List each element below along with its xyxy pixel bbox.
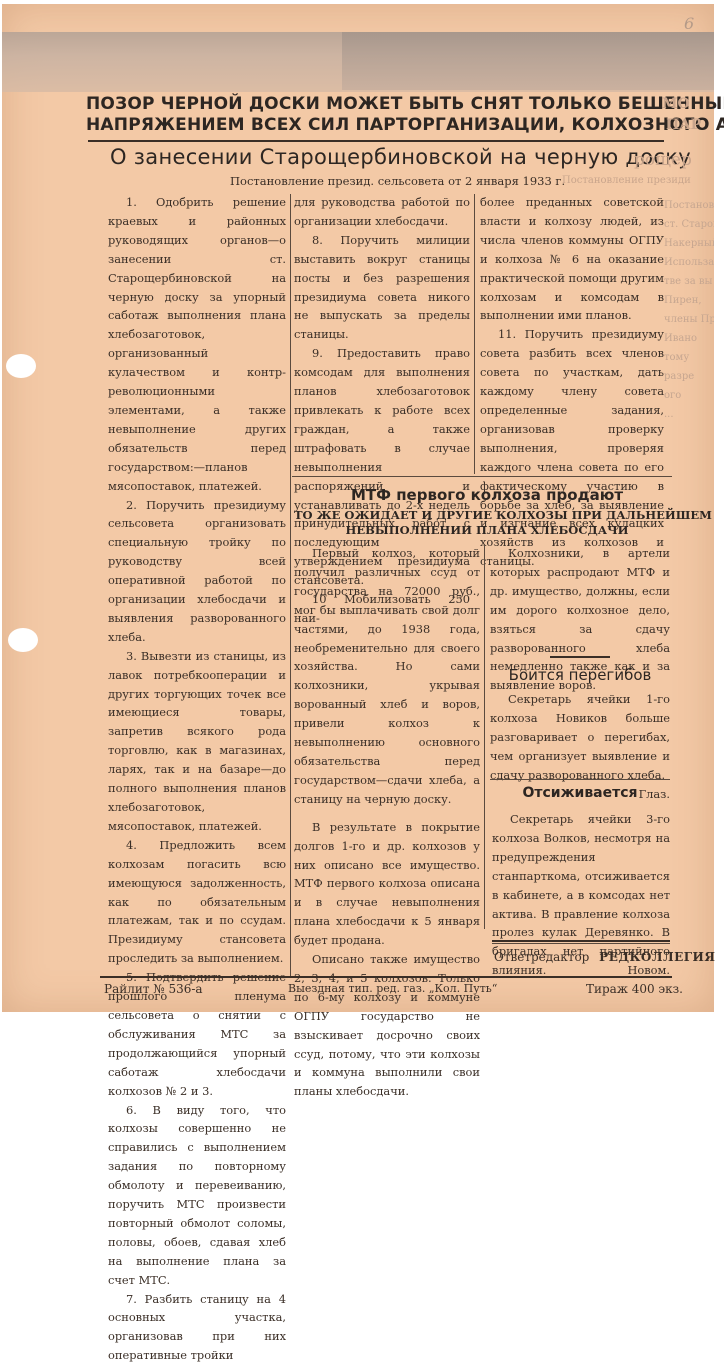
adjacent-page-bleed: Постановленст. СтарощеНакерныйИспользатв…	[664, 196, 714, 424]
mtf-paragraph: В результате в покрытие долгов 1-го и др…	[294, 818, 480, 950]
resolution-item: 2. Поручить президиуму сельсовета органи…	[108, 496, 286, 647]
footer-rule	[100, 976, 672, 978]
banner-headline: ПОЗОР ЧЕРНОЙ ДОСКИ МОЖЕТ БЫТЬ СНЯТ ТОЛЬК…	[86, 94, 686, 136]
banner-line: ПОЗОР ЧЕРНОЙ ДОСКИ МОЖЕТ БЫТЬ СНЯТ ТОЛЬК…	[86, 94, 686, 115]
otsizh-headline: Отсиживается	[490, 785, 670, 801]
resolution-subtitle: Постановление презид. сельсовета от 2 ян…	[230, 174, 565, 188]
page-mark: 6	[684, 14, 694, 33]
editor-rule	[492, 940, 670, 942]
section-rule	[292, 476, 672, 477]
punch-hole	[8, 628, 38, 652]
column-divider	[290, 194, 291, 976]
peregiby-headline: Боится перегибов	[490, 666, 670, 684]
mtf-subhead: ТО ЖЕ ОЖИДАЕТ И ДРУГИЕ КОЛХОЗЫ ПРИ ДАЛЬН…	[294, 508, 680, 538]
subtitle-bleed: Постановление президи	[562, 175, 691, 186]
mtf-subhead-line: НЕВЫПОЛНЕНИИ ПЛАНА ХЛЕБОСДАЧИ	[294, 523, 680, 538]
mtf-subhead-line: ТО ЖЕ ОЖИДАЕТ И ДРУГИЕ КОЛХОЗЫ ПРИ ДАЛЬН…	[294, 508, 680, 523]
newspaper-page: 6 ПОЗОР ЧЕРНОЙ ДОСКИ МОЖЕТ БЫТЬ СНЯТ ТОЛ…	[2, 4, 714, 1012]
section-rule	[490, 779, 670, 780]
resolution-item: 4. Предложить всем колхозам погасить всю…	[108, 836, 286, 968]
dark-top-strip-right	[342, 32, 714, 90]
punch-hole	[6, 354, 36, 378]
banner-line: НАПРЯЖЕНИЕМ ВСЕХ СИЛ ПАРТОРГАНИЗАЦИИ, КО…	[86, 115, 686, 136]
headline-rule	[88, 140, 664, 142]
printer-line: Выездная тип. ред. газ. „Кол. Путь“	[288, 982, 497, 995]
mtf-paragraph: Первый колхоз, который получил различных…	[294, 544, 480, 809]
resolution-item: 1. Одобрить решение краевых и районных р…	[108, 193, 286, 496]
resolution-item: 8. Поручить милиции выставить вокруг ста…	[294, 231, 470, 344]
editor-value: РЕДКОЛЛЕГИЯ	[599, 950, 715, 964]
permit-number: Райлит № 536-а	[104, 982, 203, 996]
editor-label: Ответредактор	[494, 950, 589, 964]
resolution-item: 3. Вывезти из станицы, из лавок потребко…	[108, 647, 286, 836]
title-bleed: рощер	[634, 150, 692, 170]
resolution-column-1: 1. Одобрить решение краевых и районных р…	[108, 193, 286, 1024]
mtf-headline: МТФ первого колхоза продают	[294, 486, 680, 504]
editor-line: Ответредактор РЕДКОЛЛЕГИЯ	[494, 950, 715, 964]
resolution-item: для руководства работой по организации х…	[294, 193, 470, 231]
peregiby-text: Секретарь ячейки 1-го колхоза Новиков бо…	[490, 690, 670, 785]
column-divider	[484, 544, 485, 929]
editor-rule-thin	[492, 943, 670, 944]
column-divider	[474, 194, 475, 474]
banner-bleed: МО	[662, 96, 690, 112]
banner-bleed: ПАР	[666, 117, 701, 133]
resolution-item: более преданных советской власти и колхо…	[480, 193, 664, 325]
page-title: О занесении Старощербиновской на черную …	[110, 145, 691, 169]
circulation: Тираж 400 экз.	[586, 982, 683, 996]
short-rule	[550, 656, 610, 658]
mtf-column-left: Первый колхоз, который получил различных…	[294, 544, 480, 1024]
